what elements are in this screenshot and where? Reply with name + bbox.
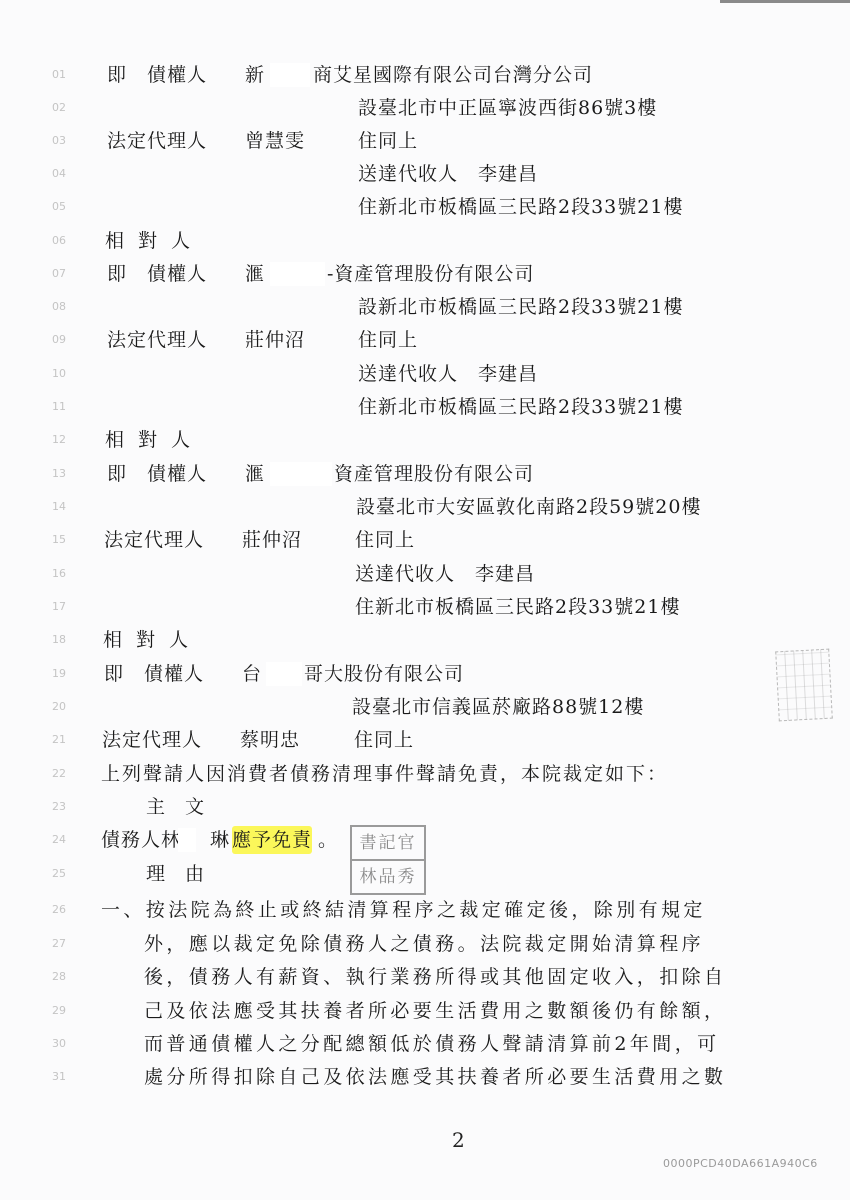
line-number: 09: [52, 323, 82, 357]
doc-line: 05 住新北市板橋區三民路2段33號21樓: [0, 190, 850, 224]
party-heading: 相對人: [105, 423, 204, 457]
line-number: 20: [52, 690, 82, 724]
party-name-suffix: 資產管理股份有限公司: [334, 457, 534, 491]
address: 住同上: [358, 124, 418, 158]
doc-line: 30 而普通債權人之分配總額低於債務人聲請清算前2年間，可: [0, 1027, 850, 1061]
line-number: 13: [52, 457, 82, 491]
line-number: 23: [52, 790, 82, 824]
doc-line: 04 送達代收人 李建昌: [0, 157, 850, 191]
document-page: 01 即 債權人 新 商艾星國際有限公司台灣分公司 02 設臺北市中正區寧波西街…: [0, 0, 850, 1200]
line-number: 17: [52, 590, 82, 624]
doc-line: 11 住新北市板橋區三民路2段33號21樓: [0, 390, 850, 424]
service-agent: 送達代收人 李建昌: [358, 357, 538, 391]
line-number: 27: [52, 927, 82, 961]
party-name-prefix: 台: [242, 657, 262, 691]
line-number: 06: [52, 224, 82, 258]
line-number: 11: [52, 390, 82, 424]
reason-paragraph-line: 一、按法院為終止或終結清算程序之裁定確定後，除別有規定: [101, 893, 706, 927]
doc-line: 07 即 債權人 滙 -資產管理股份有限公司: [0, 257, 850, 291]
party-role: 即 債權人: [107, 58, 207, 92]
line-number: 04: [52, 157, 82, 191]
redaction-block: [270, 462, 332, 486]
doc-line: 03 法定代理人 曾慧雯 住同上: [0, 124, 850, 158]
doc-line: 12 相對人: [0, 423, 850, 457]
redaction-block: [266, 662, 302, 686]
ruling-period: 。: [318, 823, 338, 857]
representative-role: 法定代理人: [104, 523, 204, 557]
line-number: 22: [52, 757, 82, 791]
doc-line: 20 設臺北市信義區菸廠路88號12樓: [0, 690, 850, 724]
scan-edge: [720, 0, 850, 3]
line-number: 18: [52, 623, 82, 657]
stamp-title: 書記官: [352, 827, 424, 859]
reason-paragraph-line: 己及依法應受其扶養者所必要生活費用之數額後仍有餘額，: [144, 994, 726, 1028]
doc-line: 16 送達代收人 李建昌: [0, 557, 850, 591]
line-number: 31: [52, 1060, 82, 1094]
line-number: 24: [52, 823, 82, 857]
section-heading-reasons: 理由: [146, 857, 224, 891]
line-number: 07: [52, 257, 82, 291]
clerk-stamp: 書記官 林品秀: [350, 825, 426, 895]
page-number: 2: [452, 1128, 465, 1152]
party-name-prefix: 滙: [245, 457, 265, 491]
reason-paragraph-line: 處分所得扣除自己及依法應受其扶養者所必要生活費用之數: [144, 1060, 726, 1094]
service-agent: 送達代收人 李建昌: [358, 157, 538, 191]
doc-line: 31 處分所得扣除自己及依法應受其扶養者所必要生活費用之數: [0, 1060, 850, 1094]
line-number: 08: [52, 290, 82, 324]
line-number: 25: [52, 857, 82, 891]
address: 住同上: [355, 523, 415, 557]
line-number: 15: [52, 523, 82, 557]
address: 住新北市板橋區三民路2段33號21樓: [358, 390, 683, 424]
doc-line: 27 外，應以裁定免除債務人之債務。法院裁定開始清算程序: [0, 927, 850, 961]
representative-role: 法定代理人: [107, 124, 207, 158]
representative-name: 蔡明忠: [240, 723, 300, 757]
redaction-block: [270, 262, 325, 286]
line-number: 02: [52, 91, 82, 125]
representative-role: 法定代理人: [102, 723, 202, 757]
doc-line: 06 相對人: [0, 224, 850, 258]
representative-name: 曾慧雯: [245, 124, 305, 158]
doc-line: 15 法定代理人 莊仲沼 住同上: [0, 523, 850, 557]
line-number: 16: [52, 557, 82, 591]
line-number: 12: [52, 423, 82, 457]
doc-line: 28 後，債務人有薪資、執行業務所得或其他固定收入，扣除自: [0, 960, 850, 994]
debtor-name-prefix: 債務人林: [101, 823, 181, 857]
stamp-name: 林品秀: [352, 859, 424, 893]
highlighted-ruling: 應予免責: [232, 826, 312, 854]
document-footer-code: 0000PCD40DA661A940C6: [663, 1157, 818, 1170]
party-role: 即 債權人: [107, 457, 207, 491]
doc-line: 14 設臺北市大安區敦化南路2段59號20樓: [0, 490, 850, 524]
line-number: 30: [52, 1027, 82, 1061]
debtor-name-suffix: 琳: [210, 823, 230, 857]
address: 設臺北市中正區寧波西街86號3樓: [358, 91, 657, 125]
representative-role: 法定代理人: [107, 323, 207, 357]
address: 住同上: [358, 323, 418, 357]
doc-line: 22 上列聲請人因消費者債務清理事件聲請免責，本院裁定如下：: [0, 757, 850, 791]
representative-name: 莊仲沼: [242, 523, 302, 557]
line-number: 29: [52, 994, 82, 1028]
line-number: 19: [52, 657, 82, 691]
line-number: 03: [52, 124, 82, 158]
doc-line: 08 設新北市板橋區三民路2段33號21樓: [0, 290, 850, 324]
reason-paragraph-line: 外，應以裁定免除債務人之債務。法院裁定開始清算程序: [144, 927, 704, 961]
doc-line: 18 相對人: [0, 623, 850, 657]
party-role: 即 債權人: [107, 257, 207, 291]
doc-line: 09 法定代理人 莊仲沼 住同上: [0, 323, 850, 357]
line-number: 28: [52, 960, 82, 994]
address: 住新北市板橋區三民路2段33號21樓: [358, 190, 683, 224]
reason-paragraph-line: 後，債務人有薪資、執行業務所得或其他固定收入，扣除自: [144, 960, 726, 994]
address: 設新北市板橋區三民路2段33號21樓: [358, 290, 683, 324]
line-number: 05: [52, 190, 82, 224]
ruling-intro: 上列聲請人因消費者債務清理事件聲請免責，本院裁定如下：: [101, 757, 668, 791]
party-heading: 相對人: [105, 224, 204, 258]
section-heading-main-text: 主文: [146, 790, 224, 824]
doc-line: 10 送達代收人 李建昌: [0, 357, 850, 391]
party-heading: 相對人: [103, 623, 202, 657]
address: 設臺北市信義區菸廠路88號12樓: [352, 690, 644, 724]
doc-line: 23 主文: [0, 790, 850, 824]
party-role: 即 債權人: [104, 657, 204, 691]
party-name-suffix: 哥大股份有限公司: [304, 657, 464, 691]
line-number: 14: [52, 490, 82, 524]
doc-line: 02 設臺北市中正區寧波西街86號3樓: [0, 91, 850, 125]
line-number: 01: [52, 58, 82, 92]
doc-line: 13 即 債權人 滙 資產管理股份有限公司: [0, 457, 850, 491]
party-name-prefix: 新: [245, 58, 265, 92]
line-number: 26: [52, 893, 82, 927]
line-number: 10: [52, 357, 82, 391]
doc-line: 01 即 債權人 新 商艾星國際有限公司台灣分公司: [0, 58, 850, 92]
doc-line: 17 住新北市板橋區三民路2段33號21樓: [0, 590, 850, 624]
redaction-block: [270, 63, 310, 87]
party-name-prefix: 滙: [245, 257, 265, 291]
representative-name: 莊仲沼: [245, 323, 305, 357]
address: 住新北市板橋區三民路2段33號21樓: [355, 590, 680, 624]
address: 設臺北市大安區敦化南路2段59號20樓: [356, 490, 701, 524]
doc-line: 19 即 債權人 台 哥大股份有限公司: [0, 657, 850, 691]
line-number: 21: [52, 723, 82, 757]
doc-line: 29 己及依法應受其扶養者所必要生活費用之數額後仍有餘額，: [0, 994, 850, 1028]
doc-line: 26 一、按法院為終止或終結清算程序之裁定確定後，除別有規定: [0, 893, 850, 927]
party-name-suffix: 商艾星國際有限公司台灣分公司: [313, 58, 593, 92]
redaction-block: [178, 828, 196, 852]
faded-seal-icon: [775, 649, 833, 722]
service-agent: 送達代收人 李建昌: [355, 557, 535, 591]
address: 住同上: [354, 723, 414, 757]
doc-line: 21 法定代理人 蔡明忠 住同上: [0, 723, 850, 757]
party-name-suffix: -資產管理股份有限公司: [327, 257, 534, 291]
reason-paragraph-line: 而普通債權人之分配總額低於債務人聲請清算前2年間，可: [144, 1027, 720, 1061]
